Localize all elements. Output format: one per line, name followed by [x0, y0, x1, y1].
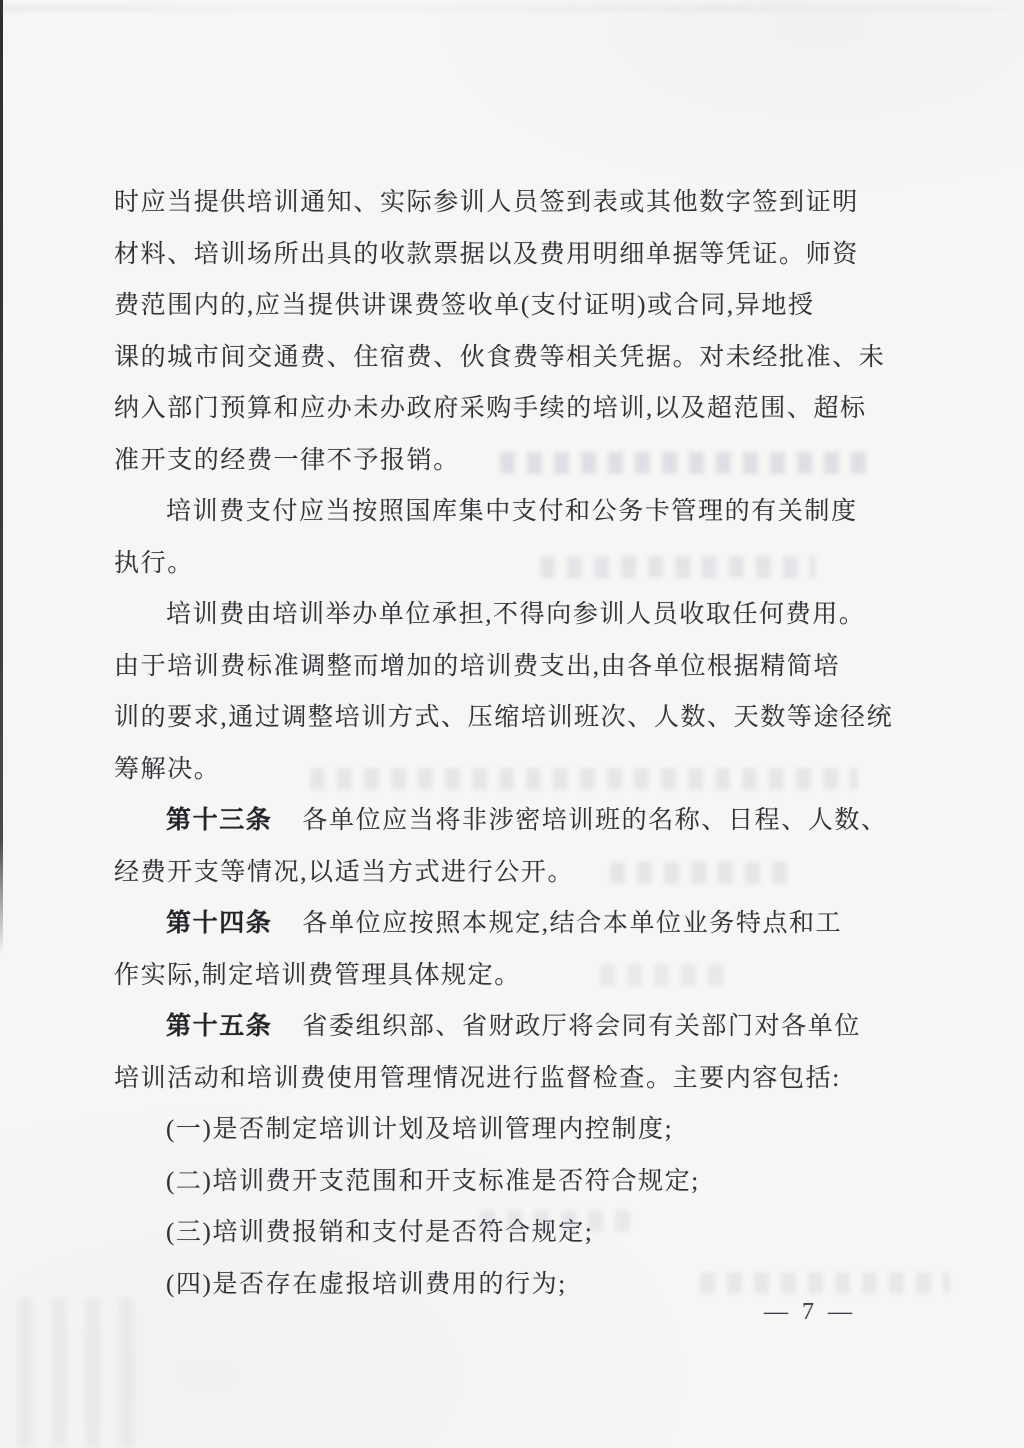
text-line: (二)培训费开支范围和开支标准是否符合规定; [114, 1156, 888, 1208]
article-number-heading: 第十三条 [166, 807, 272, 834]
text-line: 第十三条各单位应当将非涉密培训班的名称、日程、人数、 [114, 795, 888, 847]
line-text: (一)是否制定培训计划及培训管理内控制度; [166, 1116, 673, 1143]
text-line: 材料、培训场所出具的收款票据以及费用明细单据等凭证。师资 [114, 229, 888, 281]
line-text: 培训费支付应当按照国库集中支付和公务卡管理的有关制度 [166, 498, 858, 525]
line-text: 材料、培训场所出具的收款票据以及费用明细单据等凭证。师资 [114, 241, 859, 268]
text-line: 训的要求,通过调整培训方式、压缩培训班次、人数、天数等途径统 [114, 692, 888, 744]
page-number: — 7 — [764, 1297, 856, 1327]
article-number-heading: 第十四条 [166, 910, 272, 937]
line-text: 纳入部门预算和应办未办政府采购手续的培训,以及超范围、超标 [114, 395, 867, 422]
text-line: 筹解决。 [114, 744, 888, 796]
line-text: 省委组织部、省财政厅将会同有关部门对各单位 [302, 1013, 861, 1040]
document-body: 时应当提供培训通知、实际参训人员签到表或其他数字签到证明材料、培训场所出具的收款… [114, 177, 888, 1310]
text-line: 纳入部门预算和应办未办政府采购手续的培训,以及超范围、超标 [114, 383, 888, 435]
line-text: 由于培训费标准调整而增加的培训费支出,由各单位根据精简培 [114, 653, 840, 680]
text-line: 培训活动和培训费使用管理情况进行监督检查。主要内容包括: [114, 1053, 888, 1105]
line-text: 课的城市间交通费、住宿费、伙食费等相关凭据。对未经批准、未 [114, 344, 885, 371]
line-text: 培训费由培训举办单位承担,不得向参训人员收取任何费用。 [166, 601, 865, 628]
line-text: (二)培训费开支范围和开支标准是否符合规定; [166, 1168, 700, 1195]
text-line: 课的城市间交通费、住宿费、伙食费等相关凭据。对未经批准、未 [114, 332, 888, 384]
line-text: 各单位应按照本规定,结合本单位业务特点和工 [302, 910, 842, 937]
text-line: 费范围内的,应当提供讲课费签收单(支付证明)或合同,异地授 [114, 280, 888, 332]
text-line: (三)培训费报销和支付是否符合规定; [114, 1207, 888, 1259]
line-text: 各单位应当将非涉密培训班的名称、日程、人数、 [302, 807, 887, 834]
text-line: 第十五条省委组织部、省财政厅将会同有关部门对各单位 [114, 1001, 888, 1053]
line-text: 费范围内的,应当提供讲课费签收单(支付证明)或合同,异地授 [114, 292, 815, 319]
text-line: 作实际,制定培训费管理具体规定。 [114, 950, 888, 1002]
line-text: 培训活动和培训费使用管理情况进行监督检查。主要内容包括: [114, 1065, 841, 1092]
scan-edge-artifact [0, 0, 3, 1448]
text-line: 培训费由培训举办单位承担,不得向参训人员收取任何费用。 [114, 589, 888, 641]
text-line: 执行。 [114, 538, 888, 590]
line-text: 经费开支等情况,以适当方式进行公开。 [114, 859, 574, 886]
text-line: (一)是否制定培训计划及培训管理内控制度; [114, 1104, 888, 1156]
text-line: 经费开支等情况,以适当方式进行公开。 [114, 847, 888, 899]
line-text: 时应当提供培训通知、实际参训人员签到表或其他数字签到证明 [114, 189, 859, 216]
line-text: 筹解决。 [114, 756, 220, 783]
line-text: 执行。 [114, 550, 194, 577]
text-line: 时应当提供培训通知、实际参训人员签到表或其他数字签到证明 [114, 177, 888, 229]
scanned-document-page: 时应当提供培训通知、实际参训人员签到表或其他数字签到证明材料、培训场所出具的收款… [0, 0, 1024, 1448]
scan-streak-artifact [18, 1298, 148, 1448]
scan-band-artifact [0, 6, 1024, 11]
line-text: (四)是否存在虚报培训费用的行为; [166, 1271, 567, 1298]
article-number-heading: 第十五条 [166, 1013, 272, 1040]
text-line: 第十四条各单位应按照本规定,结合本单位业务特点和工 [114, 898, 888, 950]
line-text: (三)培训费报销和支付是否符合规定; [166, 1219, 593, 1246]
text-line: 准开支的经费一律不予报销。 [114, 435, 888, 487]
text-line: 培训费支付应当按照国库集中支付和公务卡管理的有关制度 [114, 486, 888, 538]
text-line: 由于培训费标准调整而增加的培训费支出,由各单位根据精简培 [114, 641, 888, 693]
line-text: 作实际,制定培训费管理具体规定。 [114, 962, 521, 989]
line-text: 训的要求,通过调整培训方式、压缩培训班次、人数、天数等途径统 [114, 704, 893, 731]
line-text: 准开支的经费一律不予报销。 [114, 447, 460, 474]
